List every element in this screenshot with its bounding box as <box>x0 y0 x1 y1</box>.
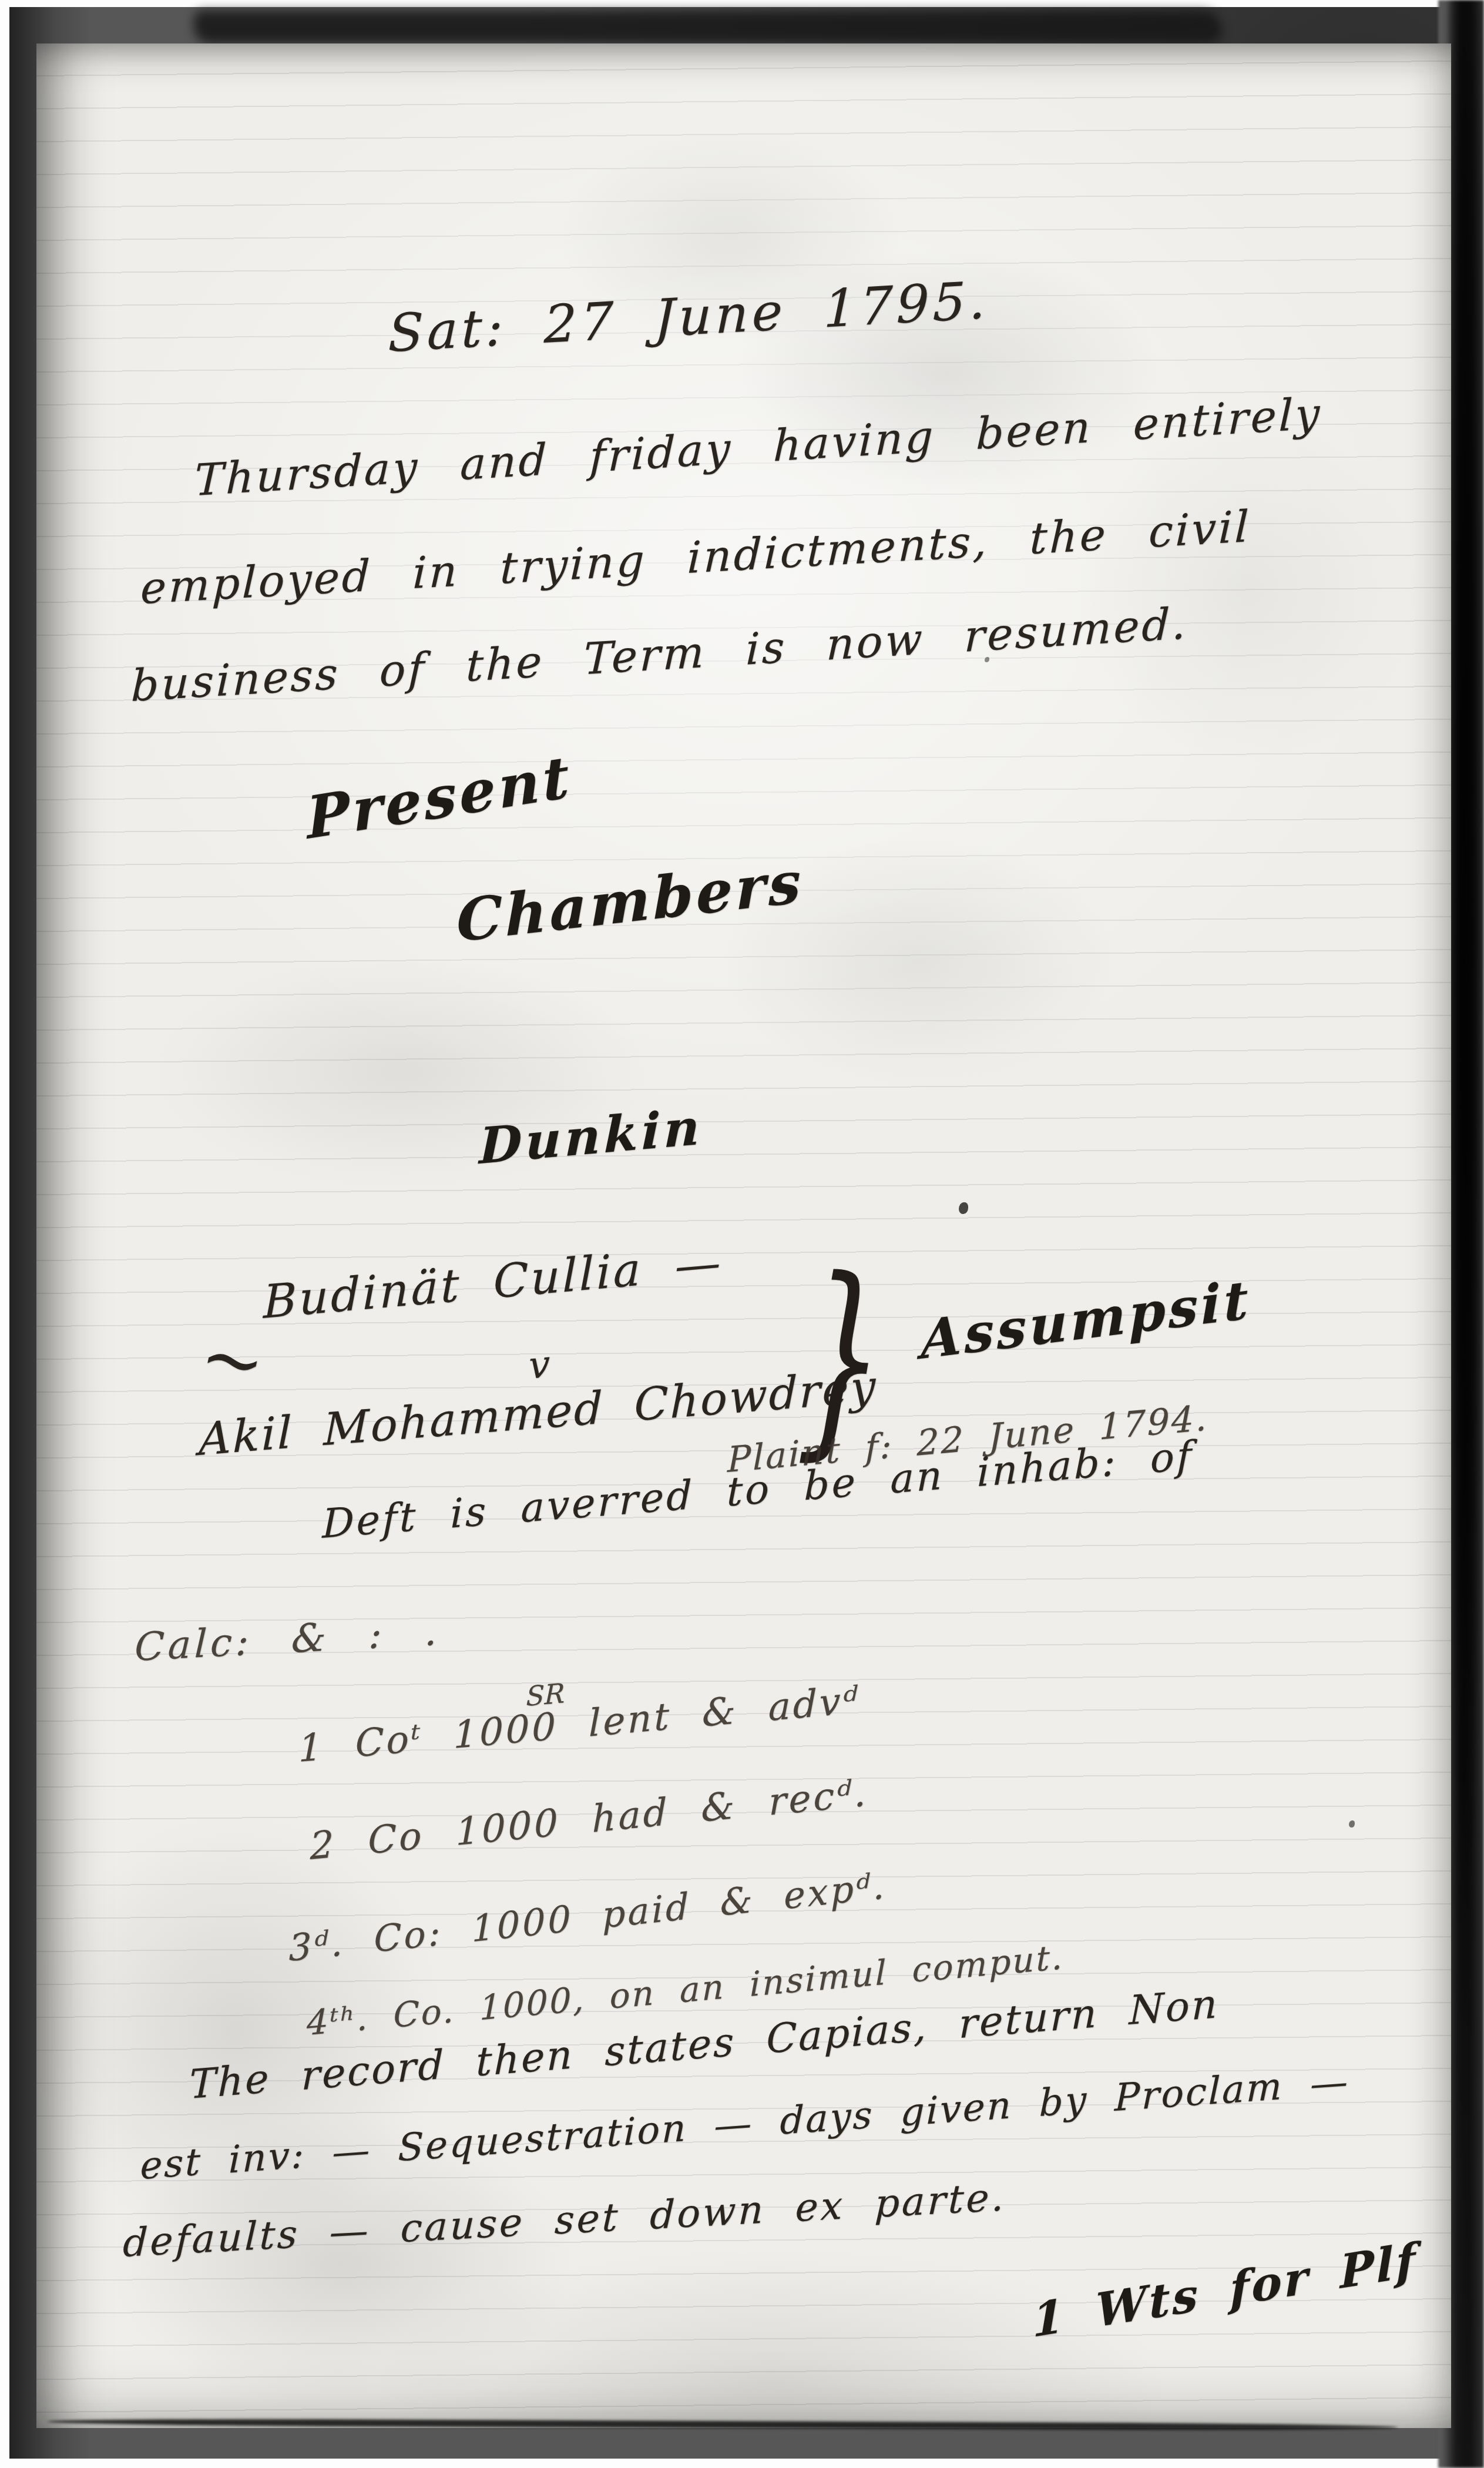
top-binding-shadow <box>194 11 1222 43</box>
scanned-manuscript-sheet: Sat: 27 June 1795. Thursday and friday h… <box>0 0 1484 2468</box>
versus-label: v <box>529 1344 550 1387</box>
